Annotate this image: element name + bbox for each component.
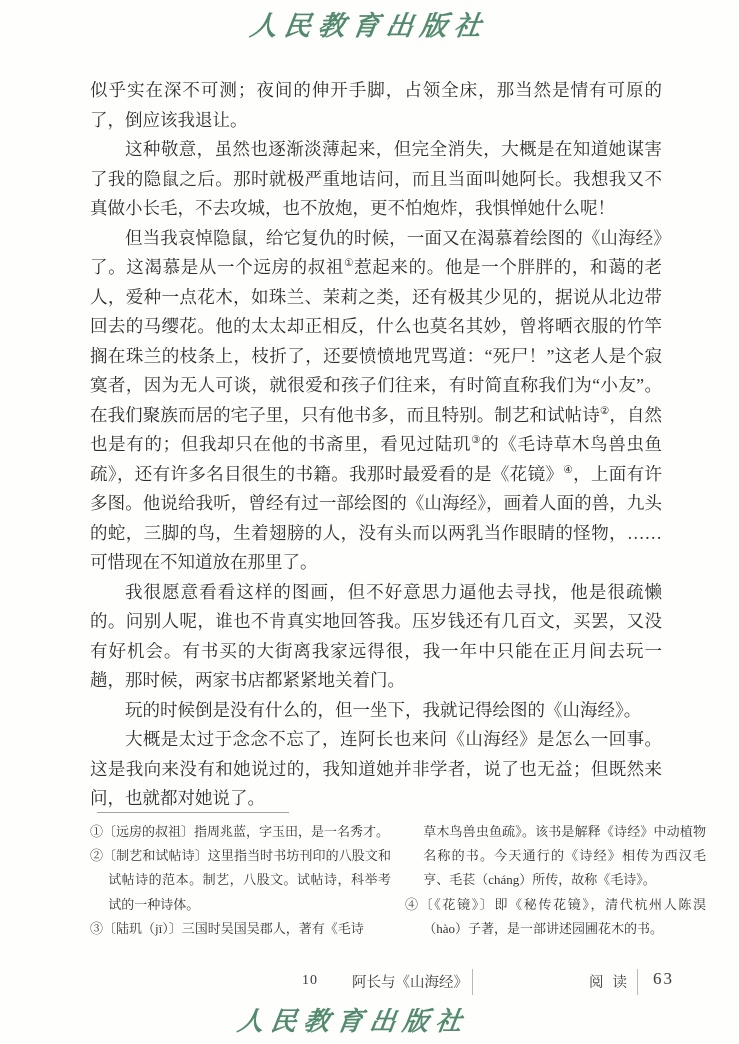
footnotes-right: 草木鸟兽虫鱼疏》。该书是解释《诗经》中动植物名称的书。今天通行的《诗经》相传为西…	[405, 820, 706, 941]
publisher-logo-bottom: 人民教育出版社	[235, 1001, 440, 1038]
footnote-separator	[97, 812, 289, 813]
body-text: 似乎实在深不可测；夜间的伸开手脚，占领全床，那当然是情有可原的了，倒应该我退让。…	[90, 76, 662, 814]
paragraph: 玩的时候倒是没有什么的，但一坐下，我就记得绘图的《山海经》。	[90, 696, 662, 726]
footnote: 草木鸟兽虫鱼疏》。该书是解释《诗经》中动植物名称的书。今天通行的《诗经》相传为西…	[405, 820, 706, 893]
footnotes: ①〔远房的叔祖〕指周兆蓝，字玉田，是一名秀才。②〔制艺和试帖诗〕这里指当时书坊刊…	[90, 820, 706, 941]
footnote: ②〔制艺和试帖诗〕这里指当时书坊刊印的八股文和试帖诗的范本。制艺，八股文。试帖诗…	[90, 844, 391, 917]
footnote: ③〔陆玑（jī）〕三国时吴国吴郡人，著有《毛诗	[90, 917, 391, 941]
paragraph: 但当我哀悼隐鼠，给它复仇的时候，一面又在渴慕着绘图的《山海经》了。这渴慕是从一个…	[90, 224, 662, 578]
footer-divider	[472, 969, 473, 995]
page-number: 63	[653, 969, 674, 989]
footnote: ①〔远房的叔祖〕指周兆蓝，字玉田，是一名秀才。	[90, 820, 391, 844]
footnote: ④〔《花镜》〕即《秘传花镜》，清代杭州人陈淏（hào）子著，是一部讲述园圃花木的…	[405, 893, 706, 941]
paragraph: 似乎实在深不可测；夜间的伸开手脚，占领全床，那当然是情有可原的了，倒应该我退让。	[90, 76, 662, 135]
footnotes-left: ①〔远房的叔祖〕指周兆蓝，字玉田，是一名秀才。②〔制艺和试帖诗〕这里指当时书坊刊…	[90, 820, 391, 941]
footnote-ref: ③	[471, 435, 481, 446]
paragraph: 大概是太过于念念不忘了，连阿长也来问《山海经》是怎么一回事。这是我向来没有和她说…	[90, 725, 662, 814]
lesson-number: 10	[302, 973, 318, 989]
paragraph: 我很愿意看看这样的图画，但不好意思力逼他去寻找，他是很疏懒的。问别人呢，谁也不肯…	[90, 578, 662, 696]
footer-divider	[637, 969, 638, 995]
textbook-page: 人民教育出版社 似乎实在深不可测；夜间的伸开手脚，占领全床，那当然是情有可原的了…	[0, 0, 739, 1044]
paragraph: 这种敬意，虽然也逐渐淡薄起来，但完全消失，大概是在知道她谋害了我的隐鼠之后。那时…	[90, 135, 662, 224]
footnote-ref: ②	[600, 406, 610, 417]
footnote-ref: ①	[344, 258, 354, 269]
footnote-ref: ④	[563, 465, 573, 476]
page-footer: 10 阿长与《山海经》 阅读 63	[0, 966, 739, 998]
lesson-title: 阿长与《山海经》	[352, 971, 468, 992]
section-label: 阅读	[589, 971, 636, 992]
publisher-logo-top: 人民教育出版社	[0, 4, 739, 43]
